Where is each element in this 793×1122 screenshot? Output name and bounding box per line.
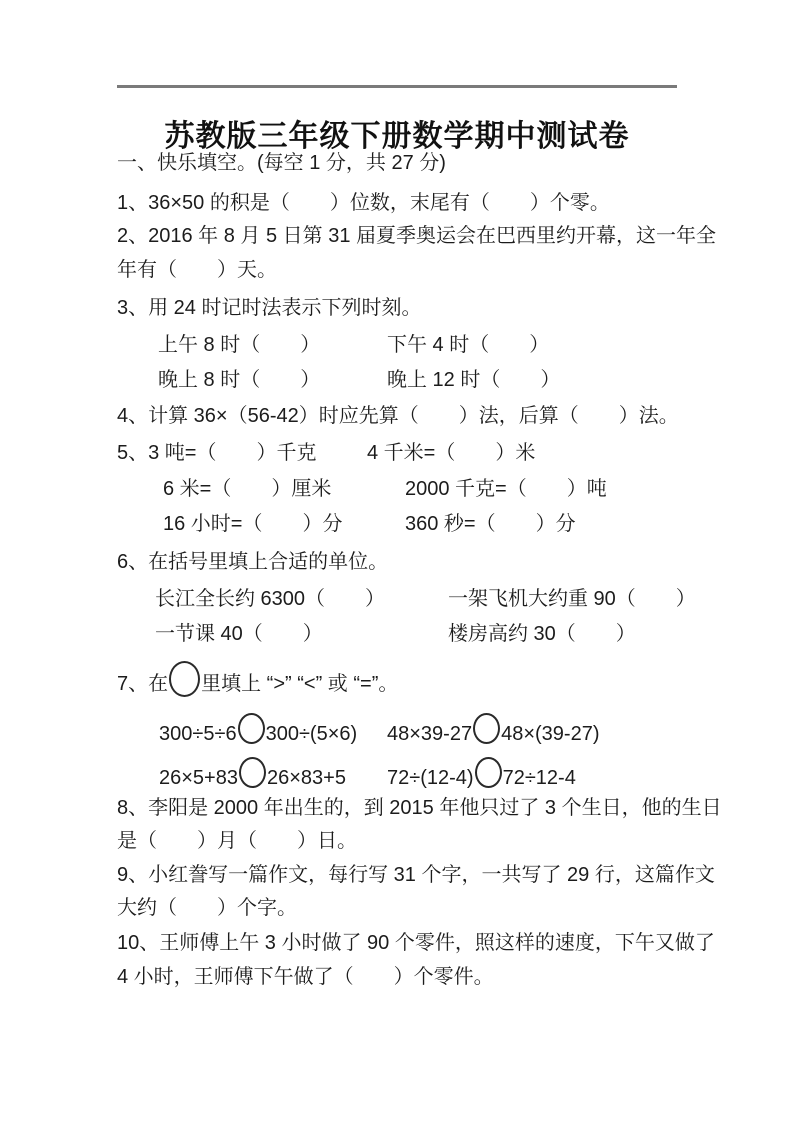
- column-2: 晚上 12 时（ ）: [387, 369, 560, 391]
- text-run: 72÷(12-4): [387, 767, 474, 789]
- text-run: 26×5+83: [159, 767, 238, 789]
- section-1-heading: 一、快乐填空。(每空 1 分，共 27 分): [117, 150, 446, 176]
- column-1: 上午 8 时（ ）: [158, 332, 387, 358]
- q4: 4、计算 36×（56-42）时应先算（ ）法，后算（ ）法。: [117, 403, 679, 429]
- column-2: 下午 4 时（ ）: [387, 334, 549, 356]
- text-run: 4 千米=（ ）米: [367, 442, 535, 464]
- q3: 3、用 24 时记时法表示下列时刻。: [117, 295, 421, 321]
- text-run: 8、李阳是 2000 年出生的，到 2015 年他只过了 3 个生日，他的生日: [117, 797, 722, 819]
- text-run: 4、计算 36×（56-42）时应先算（ ）法，后算（ ）法。: [117, 405, 679, 427]
- text-run: 360 秒=（ ）分: [405, 513, 576, 535]
- column-2: 一架飞机大约重 90（ ）: [448, 588, 696, 610]
- text-run: 一节课 40（ ）: [155, 623, 323, 645]
- q5-row2: 6 米=（ ）厘米2000 千克=（ ）吨: [163, 476, 607, 502]
- q8-line2: 是（ ）月（ ）日。: [117, 828, 357, 854]
- text-run: 是（ ）月（ ）日。: [117, 830, 357, 852]
- q1: 1、36×50 的积是（ ）位数，末尾有（ ）个零。: [117, 190, 610, 216]
- text-run: 48×(39-27): [501, 723, 599, 745]
- column-2: 楼房高约 30（ ）: [448, 623, 636, 645]
- q10-line2: 4 小时，王师傅下午做了（ ）个零件。: [117, 964, 494, 990]
- text-run: 晚上 8 时（ ）: [158, 369, 320, 391]
- column-1: 6 米=（ ）厘米: [163, 476, 405, 502]
- document-title: 苏教版三年级下册数学期中测试卷: [117, 111, 677, 155]
- text-run: 长江全长约 6300（ ）: [155, 588, 385, 610]
- text-run: 9、小红誊写一篇作文，每行写 31 个字，一共写了 29 行，这篇作文: [117, 864, 715, 886]
- column-2: 4 千米=（ ）米: [367, 442, 535, 464]
- q3-row1: 上午 8 时（ ）下午 4 时（ ）: [158, 332, 549, 358]
- q9-line2: 大约（ ）个字。: [117, 895, 297, 921]
- text-run: 晚上 12 时（ ）: [387, 369, 560, 391]
- q7-row1: 300÷5÷6300÷(5×6)48×39-2748×(39-27): [159, 713, 599, 747]
- q6-row2: 一节课 40（ ）楼房高约 30（ ）: [155, 621, 636, 647]
- text-run: 300÷5÷6: [159, 723, 237, 745]
- column-1: 长江全长约 6300（ ）: [155, 586, 448, 612]
- text-run: 6 米=（ ）厘米: [163, 478, 331, 500]
- comparison-circle: [475, 757, 502, 788]
- text-run: 300÷(5×6): [266, 723, 358, 745]
- text-run: 5、3 吨=（ ）千克: [117, 442, 316, 464]
- text-run: 1、36×50 的积是（ ）位数，末尾有（ ）个零。: [117, 192, 610, 214]
- q6-row1: 长江全长约 6300（ ）一架飞机大约重 90（ ）: [155, 586, 696, 612]
- text-run: 4 小时，王师傅下午做了（ ）个零件。: [117, 966, 494, 988]
- column-1: 26×5+8326×83+5: [159, 757, 387, 791]
- column-2: 2000 千克=（ ）吨: [405, 478, 607, 500]
- text-run: 6、在括号里填上合适的单位。: [117, 551, 388, 573]
- q2-line1: 2、2016 年 8 月 5 日第 31 届夏季奥运会在巴西里约开幕，这一年全: [117, 223, 716, 249]
- q2-line2: 年有（ ）天。: [117, 257, 277, 283]
- q3-row2: 晚上 8 时（ ）晚上 12 时（ ）: [158, 367, 560, 393]
- text-run: 一、快乐填空。(每空 1 分，共 27 分): [117, 152, 446, 174]
- column-2: 360 秒=（ ）分: [405, 513, 576, 535]
- text-run: 72÷12-4: [503, 767, 576, 789]
- q8-line1: 8、李阳是 2000 年出生的，到 2015 年他只过了 3 个生日，他的生日: [117, 795, 722, 821]
- text-run: 上午 8 时（ ）: [158, 334, 320, 356]
- q5-row3: 16 小时=（ ）分360 秒=（ ）分: [163, 511, 576, 537]
- column-1: 300÷5÷6300÷(5×6): [159, 713, 387, 747]
- q7-row2: 26×5+8326×83+572÷(12-4)72÷12-4: [159, 757, 576, 791]
- text-run: 下午 4 时（ ）: [387, 334, 549, 356]
- comparison-circle: [239, 757, 266, 788]
- text-run: 48×39-27: [387, 723, 472, 745]
- text-run: 2000 千克=（ ）吨: [405, 478, 607, 500]
- text-run: 里填上 “>” “<” 或 “=”。: [201, 673, 398, 695]
- column-1: 16 小时=（ ）分: [163, 511, 405, 537]
- q6: 6、在括号里填上合适的单位。: [117, 549, 388, 575]
- column-2: 72÷(12-4)72÷12-4: [387, 767, 576, 789]
- text-run: 26×83+5: [267, 767, 346, 789]
- test-paper-page: 苏教版三年级下册数学期中测试卷 一、快乐填空。(每空 1 分，共 27 分)1、…: [0, 0, 793, 1122]
- text-run: 年有（ ）天。: [117, 259, 277, 281]
- header-rule: [117, 85, 677, 88]
- comparison-circle: [238, 713, 265, 744]
- text-run: 大约（ ）个字。: [117, 897, 297, 919]
- column-1: 晚上 8 时（ ）: [158, 367, 387, 393]
- column-1: 5、3 吨=（ ）千克: [117, 440, 367, 466]
- q7: 7、在里填上 “>” “<” 或 “=”。: [117, 661, 398, 697]
- text-run: 7、在: [117, 673, 168, 695]
- q10-line1: 10、王师傅上午 3 小时做了 90 个零件，照这样的速度，下午又做了: [117, 930, 715, 956]
- text-run: 楼房高约 30（ ）: [448, 623, 636, 645]
- text-run: 10、王师傅上午 3 小时做了 90 个零件，照这样的速度，下午又做了: [117, 932, 715, 954]
- text-run: 3、用 24 时记时法表示下列时刻。: [117, 297, 421, 319]
- text-run: 2、2016 年 8 月 5 日第 31 届夏季奥运会在巴西里约开幕，这一年全: [117, 225, 716, 247]
- q5-row1: 5、3 吨=（ ）千克4 千米=（ ）米: [117, 440, 535, 466]
- text-run: 一架飞机大约重 90（ ）: [448, 588, 696, 610]
- comparison-circle: [473, 713, 500, 744]
- comparison-circle: [169, 661, 200, 697]
- column-1: 一节课 40（ ）: [155, 621, 448, 647]
- q9-line1: 9、小红誊写一篇作文，每行写 31 个字，一共写了 29 行，这篇作文: [117, 862, 715, 888]
- column-2: 48×39-2748×(39-27): [387, 723, 599, 745]
- text-run: 16 小时=（ ）分: [163, 513, 342, 535]
